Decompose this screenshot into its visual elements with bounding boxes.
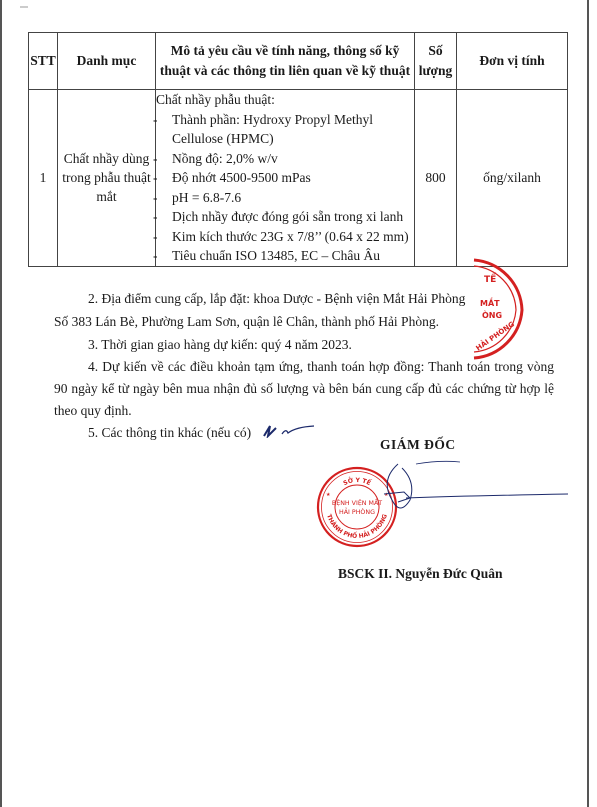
spec-item: Nồng độ: 2,0% w/v: [156, 149, 414, 169]
spec-item: Kim kích thước 23G x 7/8’’ (0.64 x 22 mm…: [156, 227, 414, 247]
delivery-time: 3. Thời gian giao hàng dự kiến: quý 4 nă…: [88, 334, 352, 356]
header-so-luong: Số lượng: [415, 33, 457, 90]
spec-item: pH = 6.8-7.6: [156, 188, 414, 208]
page-edge-right: [587, 0, 589, 807]
svg-text:ÒNG: ÒNG: [482, 309, 502, 320]
svg-text:★: ★: [326, 492, 331, 498]
svg-text:SỞ Y TẾ: SỞ Y TẾ: [342, 476, 373, 487]
initials-scribble-icon: [262, 424, 318, 438]
scan-mark: [20, 6, 28, 8]
cell-so-luong: 800: [415, 90, 457, 267]
spec-item: Thành phần: Hydroxy Propyl Methyl Cellul…: [156, 110, 414, 149]
table-row: 1 Chất nhầy dùng trong phẫu thuật mắt Ch…: [29, 90, 568, 267]
delivery-location-line2: Số 383 Lán Bè, Phường Lam Sơn, quận lê C…: [54, 311, 534, 333]
stamp-partial-icon: TẾ MẮT ÒNG HẢI PHÒNG: [470, 252, 530, 362]
svg-text:MẮT: MẮT: [480, 296, 500, 308]
cell-don-vi: ống/xilanh: [457, 90, 568, 267]
header-mo-ta: Mô tả yêu cầu về tính năng, thông số kỹ …: [156, 33, 415, 90]
page-edge-left: [0, 0, 2, 807]
header-stt: STT: [29, 33, 58, 90]
cell-mo-ta: Chất nhầy phẫu thuật: Thành phần: Hydrox…: [156, 90, 415, 267]
spec-table: STT Danh mục Mô tả yêu cầu về tính năng,…: [28, 32, 568, 267]
table-header-row: STT Danh mục Mô tả yêu cầu về tính năng,…: [29, 33, 568, 90]
signer-name: BSCK II. Nguyễn Đức Quân: [338, 566, 503, 582]
spec-list: Thành phần: Hydroxy Propyl Methyl Cellul…: [156, 110, 414, 266]
payment-terms: 4. Dự kiến về các điều khoản tạm ứng, th…: [54, 356, 554, 422]
cell-danh-muc: Chất nhầy dùng trong phẫu thuật mắt: [58, 90, 156, 267]
svg-text:HẢI PHÒNG: HẢI PHÒNG: [473, 318, 516, 352]
spec-item: Tiêu chuẩn ISO 13485, EC – Châu Âu: [156, 246, 414, 266]
svg-text:TẾ: TẾ: [484, 272, 497, 285]
spec-title: Chất nhầy phẫu thuật:: [156, 90, 414, 110]
other-info: 5. Các thông tin khác (nếu có): [88, 422, 251, 444]
spec-item: Độ nhớt 4500-9500 mPas: [156, 168, 414, 188]
signature-icon: [370, 460, 570, 520]
delivery-location-line1: 2. Địa điểm cung cấp, lắp đặt: khoa Dược…: [88, 288, 508, 310]
signer-title: GIÁM ĐỐC: [380, 437, 456, 453]
cell-stt: 1: [29, 90, 58, 267]
header-danh-muc: Danh mục: [58, 33, 156, 90]
header-don-vi: Đơn vị tính: [457, 33, 568, 90]
spec-item: Dịch nhầy được đóng gói sẵn trong xi lan…: [156, 207, 414, 227]
